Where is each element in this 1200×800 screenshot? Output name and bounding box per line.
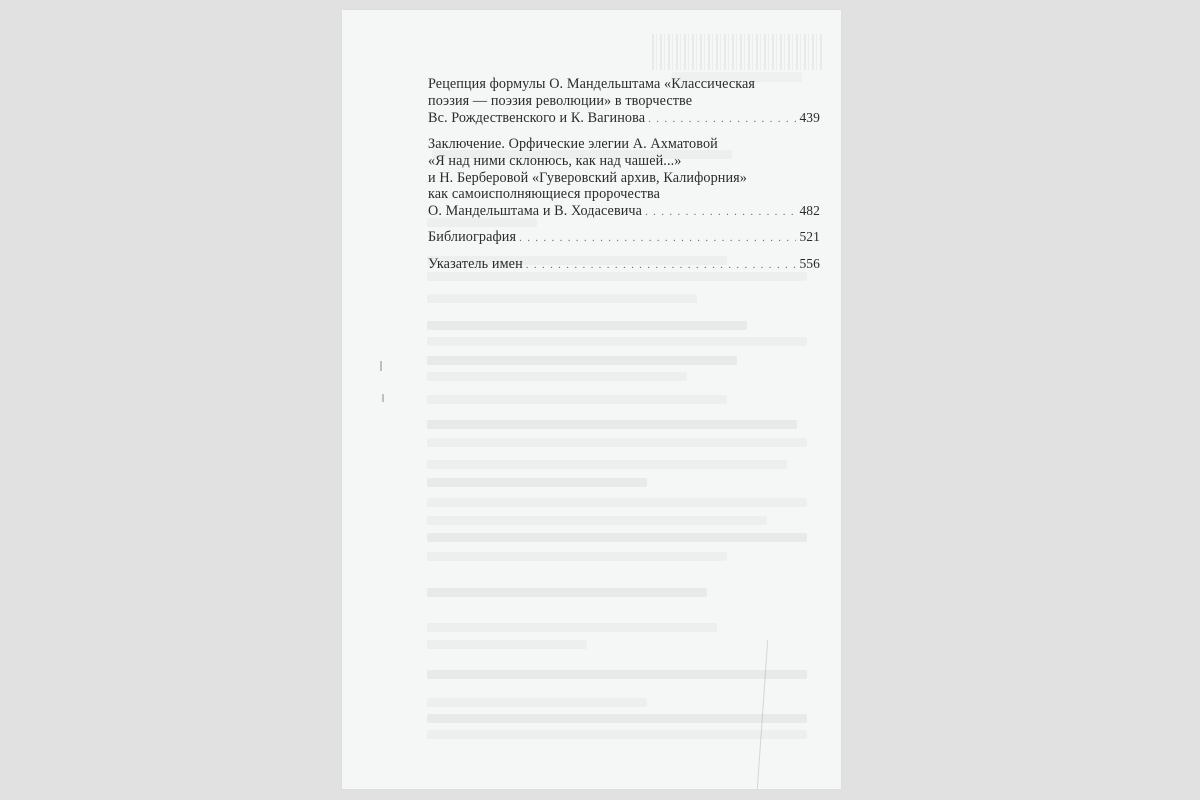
toc-entry-title-line: поэзия — поэзия революции» в творчестве (428, 93, 820, 110)
book-page: Рецепция формулы О. Мандельштама «Класси… (342, 10, 841, 789)
toc-entry-title-line: «Я над ними склонюсь, как над чашей...» (428, 153, 820, 170)
toc-entry-title-line: Вс. Рождественского и К. Вагинова (428, 110, 645, 127)
dot-leader (526, 257, 797, 274)
toc-page-number: 439 (799, 110, 820, 127)
toc-entry-title: Указатель имен (428, 256, 523, 273)
dot-leader (648, 111, 796, 128)
toc-page-number: 482 (799, 203, 820, 220)
toc-page-number: 556 (799, 256, 820, 273)
toc-entry[interactable]: Заключение. Орфические элегии А. Ахматов… (428, 136, 820, 222)
toc-entry-title-line: и Н. Берберовой «Гуверовский архив, Кали… (428, 170, 820, 187)
toc-entry-title-line: Заключение. Орфические элегии А. Ахматов… (428, 136, 820, 153)
toc-entry-bibliography[interactable]: Библиография 521 (428, 229, 820, 247)
dot-leader (645, 204, 796, 221)
toc-entry-title-line: как самоисполняющиеся пророчества (428, 186, 820, 203)
toc-entry-name-index[interactable]: Указатель имен 556 (428, 256, 820, 274)
table-of-contents: Рецепция формулы О. Мандельштама «Класси… (428, 76, 820, 283)
barcode-show-through (652, 34, 822, 70)
toc-page-number: 521 (799, 229, 820, 246)
toc-entry-title-line: Рецепция формулы О. Мандельштама «Класси… (428, 76, 820, 93)
dot-leader (519, 230, 796, 247)
toc-entry-title: Библиография (428, 229, 516, 246)
toc-entry-title-line: О. Мандельштама и В. Ходасевича (428, 203, 642, 220)
toc-entry[interactable]: Рецепция формулы О. Мандельштама «Класси… (428, 76, 820, 128)
